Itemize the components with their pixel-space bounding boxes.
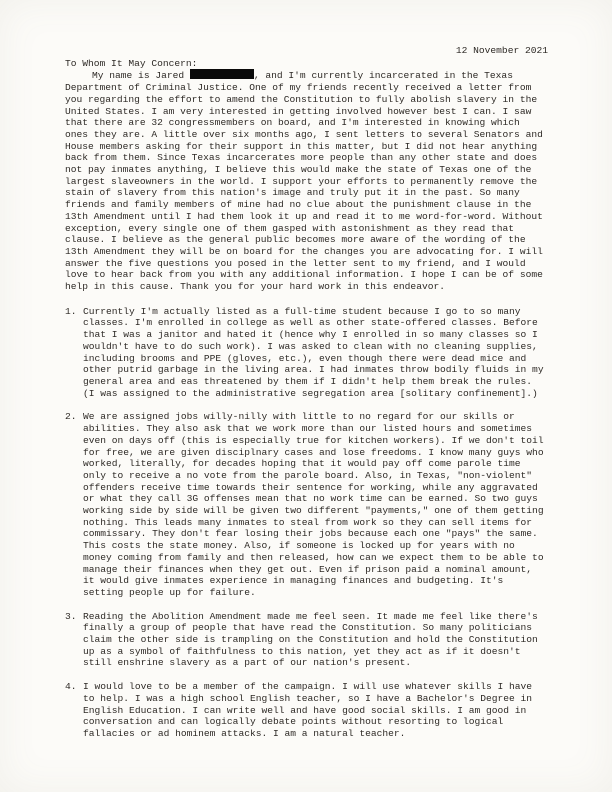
- intro-text-after-redaction: , and I'm currently incarcerated in the …: [65, 70, 543, 292]
- list-item-text: I would love to be a member of the campa…: [83, 681, 548, 740]
- intro-paragraph: My name is Jared , and I'm currently inc…: [65, 69, 548, 292]
- list-item: 1. Currently I'm actually listed as a fu…: [65, 306, 548, 400]
- intro-text-before-redaction: My name is Jared: [92, 70, 190, 81]
- list-item: 3. Reading the Abolition Amendment made …: [65, 611, 548, 670]
- answers-list: 1. Currently I'm actually listed as a fu…: [65, 306, 548, 740]
- list-item-number: 2.: [65, 411, 83, 598]
- list-item-number: 3.: [65, 611, 83, 670]
- list-item: 4. I would love to be a member of the ca…: [65, 681, 548, 740]
- list-item-text: Currently I'm actually listed as a full-…: [83, 306, 548, 400]
- list-item-number: 4.: [65, 681, 83, 740]
- list-item: 2. We are assigned jobs willy-nilly with…: [65, 411, 548, 598]
- list-item-text: Reading the Abolition Amendment made me …: [83, 611, 548, 670]
- letter-date: 12 November 2021: [65, 45, 548, 57]
- letter-page: 12 November 2021 To Whom It May Concern:…: [0, 0, 612, 792]
- redaction-box: [190, 69, 254, 79]
- salutation: To Whom It May Concern:: [65, 58, 548, 70]
- list-item-text: We are assigned jobs willy-nilly with li…: [83, 411, 548, 598]
- list-item-number: 1.: [65, 306, 83, 400]
